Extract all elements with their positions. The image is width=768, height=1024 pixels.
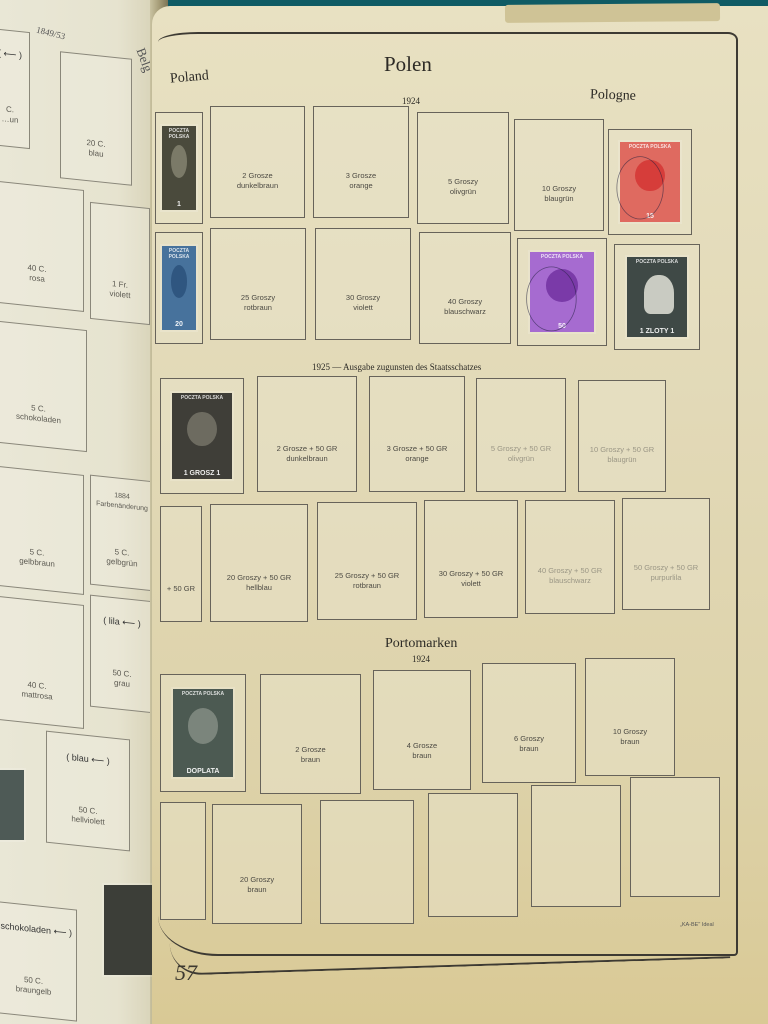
stamp-slot-filled: POCZTA POLSKA50	[517, 238, 607, 346]
left-stamp-slot: ( schokoladen ⟵ )50 C.braungelb	[0, 900, 77, 1021]
page-title: Polen	[384, 52, 432, 77]
slot-label: 2 Grosze + 50 GRdunkelbraun	[260, 444, 354, 464]
stamp-emblem	[187, 412, 217, 447]
slot-label: 1 Fr.violett	[91, 277, 149, 303]
left-header-year: 1849/53	[35, 25, 66, 42]
arrow-icon: ( blau ⟵ )	[47, 749, 129, 769]
handwritten-page-number: 57	[175, 960, 197, 986]
left-stamp-slot: 1 Fr.violett	[90, 202, 150, 325]
stamp-slot-filled: POCZTA POLSKA1	[155, 112, 203, 224]
stamp-caption: POCZTA POLSKA	[162, 128, 195, 140]
stamp-image: POCZTA POLSKA1	[162, 126, 195, 210]
slot-label: 50 C.hellviolett	[47, 802, 129, 831]
stamp-emblem	[644, 275, 674, 315]
stamp-slot: 50 Groszy + 50 GRpurpurlila	[622, 498, 710, 610]
stamp-slot: 10 Groszyblaugrün	[514, 119, 604, 231]
stamp-caption: POCZTA POLSKA	[172, 395, 231, 401]
slot-label: 50 C.braungelb	[0, 972, 76, 1001]
slot-note: 1884Farbenänderung	[91, 489, 153, 516]
page-title-english: Poland	[169, 68, 209, 87]
slot-label: 5 Groszy + 50 GRolivgrün	[479, 444, 563, 464]
stamp-slot: 20 Groszybraun	[212, 804, 302, 924]
left-stamp-slot: ( ⟵ )C.…un	[0, 28, 30, 149]
slot-label: C.…un	[0, 103, 29, 127]
slot-label: 40 Groszyblauschwarz	[422, 297, 508, 317]
slot-label: 40 Groszy + 50 GRblauschwarz	[528, 566, 612, 586]
slot-label: 3 Groszeorange	[316, 171, 406, 191]
slot-label: 10 Groszybraun	[588, 727, 672, 747]
slot-label: + 50 GR	[163, 584, 199, 594]
slot-label: 50 Groszy + 50 GRpurpurlila	[625, 563, 707, 583]
stamp-slot-filled: POCZTA POLSKA1 ZLOTY 1	[614, 244, 700, 350]
slot-label: 2 Groszebraun	[263, 745, 358, 765]
stamp-slot-filled: POCZTA POLSKA20	[155, 232, 203, 344]
left-stamp-slot: 40 C.rosa	[0, 180, 84, 312]
stamp-value: DOPLATA	[173, 768, 234, 775]
stamp-slot: 5 Groszy + 50 GRolivgrün	[476, 378, 566, 492]
left-stamp-slot: 20 C.blau	[60, 51, 132, 186]
stamp-caption: POCZTA POLSKA	[620, 144, 679, 150]
slot-label: 25 Groszy + 50 GRrotbraun	[320, 571, 414, 591]
stamp-slot: 30 Groszy + 50 GRviolett	[424, 500, 518, 618]
stamp-slot: 10 Groszy + 50 GRblaugrün	[578, 380, 666, 492]
page-title-french: Pologne	[590, 87, 636, 105]
stamp-slot: 3 Groszeorange	[313, 106, 409, 218]
slot-label: 20 Groszybraun	[215, 875, 299, 895]
stamp-emblem	[171, 145, 188, 178]
stamp-slot: 40 Groszy + 50 GRblauschwarz	[525, 500, 615, 614]
publisher-mark: „KA-BE" Ideal	[680, 922, 714, 928]
left-album-page: 1849/53 Belg ( ⟵ )C.…un20 C.blau40 C.ros…	[0, 0, 168, 1024]
stamp-value: 1 ZLOTY 1	[627, 328, 688, 335]
postmark-cancel	[527, 266, 578, 330]
slot-label: 4 Groszebraun	[376, 741, 468, 761]
stamp-slot: 25 Groszyrotbraun	[210, 228, 306, 340]
stamp-image	[104, 885, 152, 975]
slot-label: 10 Groszyblaugrün	[517, 184, 601, 204]
left-stamp-slot: 5 C.schokoladen	[0, 320, 87, 452]
stamp-slot: + 50 GR	[160, 506, 202, 622]
stamp-value: 1	[162, 201, 195, 208]
stamp-slot: 25 Groszy + 50 GRrotbraun	[317, 502, 417, 620]
stamp-caption: POCZTA POLSKA	[530, 254, 593, 260]
left-stamp-slot: 1884Farbenänderung5 C.gelbgrün	[90, 475, 154, 592]
stamp-slot	[531, 785, 621, 907]
stamp-slot: 40 Groszyblauschwarz	[419, 232, 511, 344]
slot-label: 40 C.mattrosa	[0, 676, 83, 706]
stamp-slot	[320, 800, 414, 924]
stamp-slot: 20 Groszy + 50 GRhellblau	[210, 504, 308, 622]
torn-paper-edge	[505, 3, 720, 23]
stamp-image: POCZTA POLSKADOPLATA	[173, 689, 234, 777]
stamp-slot: 30 Groszyviolett	[315, 228, 411, 340]
slot-label: 2 Groszedunkelbraun	[213, 171, 302, 191]
slot-label: 10 Groszy + 50 GRblaugrün	[581, 445, 663, 465]
slot-label: 3 Grosze + 50 GRorange	[372, 444, 462, 464]
slot-label: 6 Groszybraun	[485, 734, 573, 754]
arrow-icon: ( lila ⟵ )	[91, 613, 153, 631]
left-stamp-slot: 40 C.mattrosa	[0, 595, 84, 729]
left-stamp-slot: 5 C.gelbbraun	[0, 465, 84, 595]
stamp-slot: 5 Groszyolivgrün	[417, 112, 509, 224]
slot-label: 5 C.schokoladen	[0, 399, 86, 429]
slot-label: 5 C.gelbbraun	[0, 543, 83, 573]
slot-label: 30 Groszy + 50 GRviolett	[427, 569, 515, 589]
slot-label: 5 Groszyolivgrün	[420, 177, 506, 197]
stamp-caption: POCZTA POLSKA	[162, 248, 195, 260]
left-stamp-slot: ( blau ⟵ )50 C.hellviolett	[46, 731, 130, 852]
stamp-slot: 10 Groszybraun	[585, 658, 675, 776]
stamp-emblem	[171, 265, 188, 298]
stamp-slot	[160, 802, 206, 920]
stamp-slot	[428, 793, 518, 917]
stamp-slot: 3 Grosze + 50 GRorange	[369, 376, 465, 492]
stamp-image: POCZTA POLSKA20	[162, 246, 195, 330]
section-subheading-1924: 1924	[412, 654, 430, 664]
postmark-cancel	[617, 157, 664, 220]
arrow-icon: ( schokoladen ⟵ )	[0, 919, 76, 939]
stamp-slot	[630, 777, 720, 897]
slot-label: 25 Groszyrotbraun	[213, 293, 303, 313]
stamp-image: POCZTA POLSKA50	[530, 252, 593, 333]
stamp-slot-filled: POCZTA POLSKADOPLATA	[160, 674, 246, 792]
slot-label: 40 C.rosa	[0, 260, 83, 290]
stamp-slot-filled: POCZTA POLSKA15	[608, 129, 692, 235]
stamp-value: 1 GROSZ 1	[172, 470, 231, 477]
stamp-image: POCZTA POLSKA15	[620, 142, 679, 221]
arrow-icon: ( ⟵ )	[0, 47, 29, 62]
stamp-slot: 6 Groszybraun	[482, 663, 576, 783]
stamp-image	[0, 770, 24, 840]
section-heading-1924: 1924	[402, 96, 420, 106]
section-heading-1925: 1925 — Ausgabe zugunsten des Staatsschat…	[312, 362, 481, 372]
slot-label: 30 Groszyviolett	[318, 293, 408, 313]
left-stamp-slot: ( lila ⟵ )50 C.grau	[90, 595, 154, 714]
stamp-value: 20	[162, 321, 195, 328]
slot-label: 5 C.gelbgrün	[91, 544, 153, 571]
stamp-caption: POCZTA POLSKA	[173, 691, 234, 697]
slot-label: 20 C.blau	[61, 135, 131, 162]
stamp-emblem	[188, 708, 218, 743]
stamp-slot: 4 Groszebraun	[373, 670, 471, 790]
slot-label: 50 C.grau	[91, 666, 153, 693]
stamp-slot: 2 Groszebraun	[260, 674, 361, 794]
stamp-slot: 2 Groszedunkelbraun	[210, 106, 305, 218]
stamp-caption: POCZTA POLSKA	[627, 259, 688, 265]
stamp-slot-filled: POCZTA POLSKA1 GROSZ 1	[160, 378, 244, 494]
stamp-image: POCZTA POLSKA1 ZLOTY 1	[627, 257, 688, 336]
stamp-image: POCZTA POLSKA1 GROSZ 1	[172, 393, 231, 480]
slot-label: 20 Groszy + 50 GRhellblau	[213, 573, 305, 593]
stamp-slot: 2 Grosze + 50 GRdunkelbraun	[257, 376, 357, 492]
section-heading-portomarken: Portomarken	[385, 636, 457, 652]
